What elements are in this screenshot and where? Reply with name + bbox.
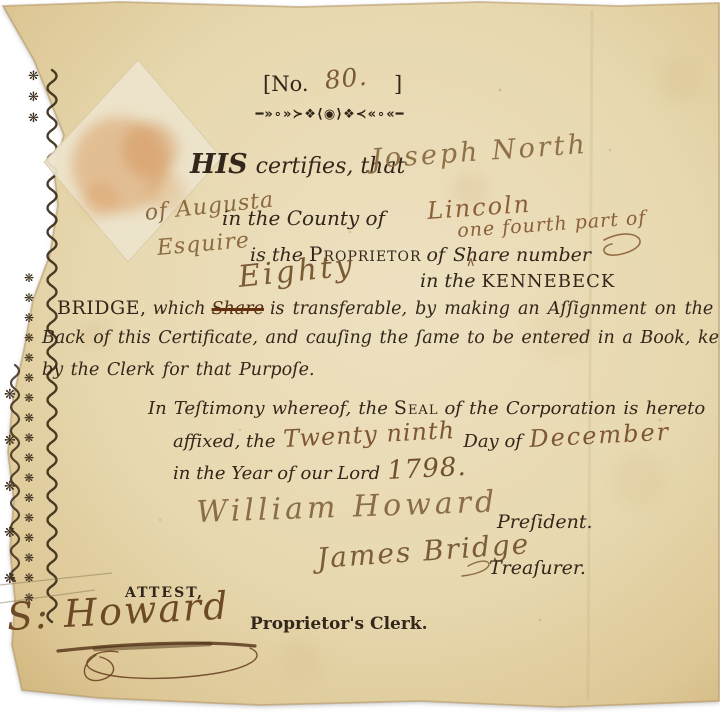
drop-word-his: HIS bbox=[190, 151, 248, 178]
testimony-line-3: in the Year of our Lord 1798. bbox=[173, 458, 468, 484]
in-the-text: in the bbox=[420, 272, 475, 291]
clerk-title: Proprietor's Clerk. bbox=[250, 616, 428, 633]
certificate-number-value: 80. bbox=[323, 64, 368, 93]
body-line-1-text: is transferable, by making an Aſſignment… bbox=[270, 301, 713, 319]
testimony-2-pre: affixed, the bbox=[173, 433, 276, 451]
testimony-1-pre: In Teſtimony whereof, the bbox=[148, 400, 388, 418]
day-handwritten: Twenty ninth bbox=[282, 418, 455, 451]
body-line-2: Back of this Certificate, and cauſing th… bbox=[42, 330, 720, 348]
kennebeck-word: KENNEBECK bbox=[481, 273, 615, 291]
which-word: which bbox=[153, 301, 206, 319]
testimony-1-post: of the Corporation is hereto bbox=[444, 400, 705, 418]
body-line-3: by the Clerk for that Purpoſe. bbox=[42, 362, 315, 380]
ornament-divider: ━»∘»≻❖⟨◉⟩❖≺«∘«━ bbox=[234, 108, 426, 121]
testimony-line-1: In Teſtimony whereof, the Seal of the Co… bbox=[148, 399, 705, 418]
border-asterisk-column-main: ❋ ❋ ❋ ❋ ❋ ❋ ❋ ❋ ❋ ❋ ❋ ❋ ❋ ❋ ❋ ❋ ❋ bbox=[24, 268, 34, 608]
kennebeck-line: in the KENNEBECK bbox=[420, 272, 615, 291]
bridge-word: BRIDGE, bbox=[57, 299, 147, 318]
year-handwritten: 1798. bbox=[387, 454, 468, 484]
county-label: in the County of bbox=[222, 208, 385, 228]
certificate-number-close: ] bbox=[394, 74, 402, 95]
testimony-line-2: affixed, the Twenty ninth Day of Decembe… bbox=[173, 427, 671, 451]
treasurer-title: Treaſurer. bbox=[489, 559, 586, 578]
certificate-number-open: [No. bbox=[263, 74, 309, 95]
clerk-signature: S: Howard bbox=[6, 586, 230, 636]
certificate-scan: ❋ ❋ ❋ ❋ ❋ ❋ ❋ ❋ ❋ ❋ ❋ ❋ ❋ ❋ ❋ ❋ ❋ ❋ ❋ ❋ … bbox=[0, 0, 720, 712]
border-asterisk-column-outer: ❋ ❋ ❋ ❋ ❋ bbox=[4, 372, 16, 602]
border-asterisk-column-top: ❋ ❋ ❋ bbox=[28, 66, 39, 129]
testimony-2-mid: Day of bbox=[463, 433, 522, 451]
struck-share-word: Share bbox=[212, 301, 264, 319]
month-handwritten: December bbox=[529, 420, 671, 451]
seal-word: Seal bbox=[394, 399, 439, 418]
insertion-caret: ∧ bbox=[466, 256, 477, 269]
of-text: of bbox=[427, 246, 445, 265]
testimony-3-pre: in the Year of our Lord bbox=[173, 465, 380, 483]
body-line-1: BRIDGE, which Share is transferable, by … bbox=[57, 299, 713, 319]
